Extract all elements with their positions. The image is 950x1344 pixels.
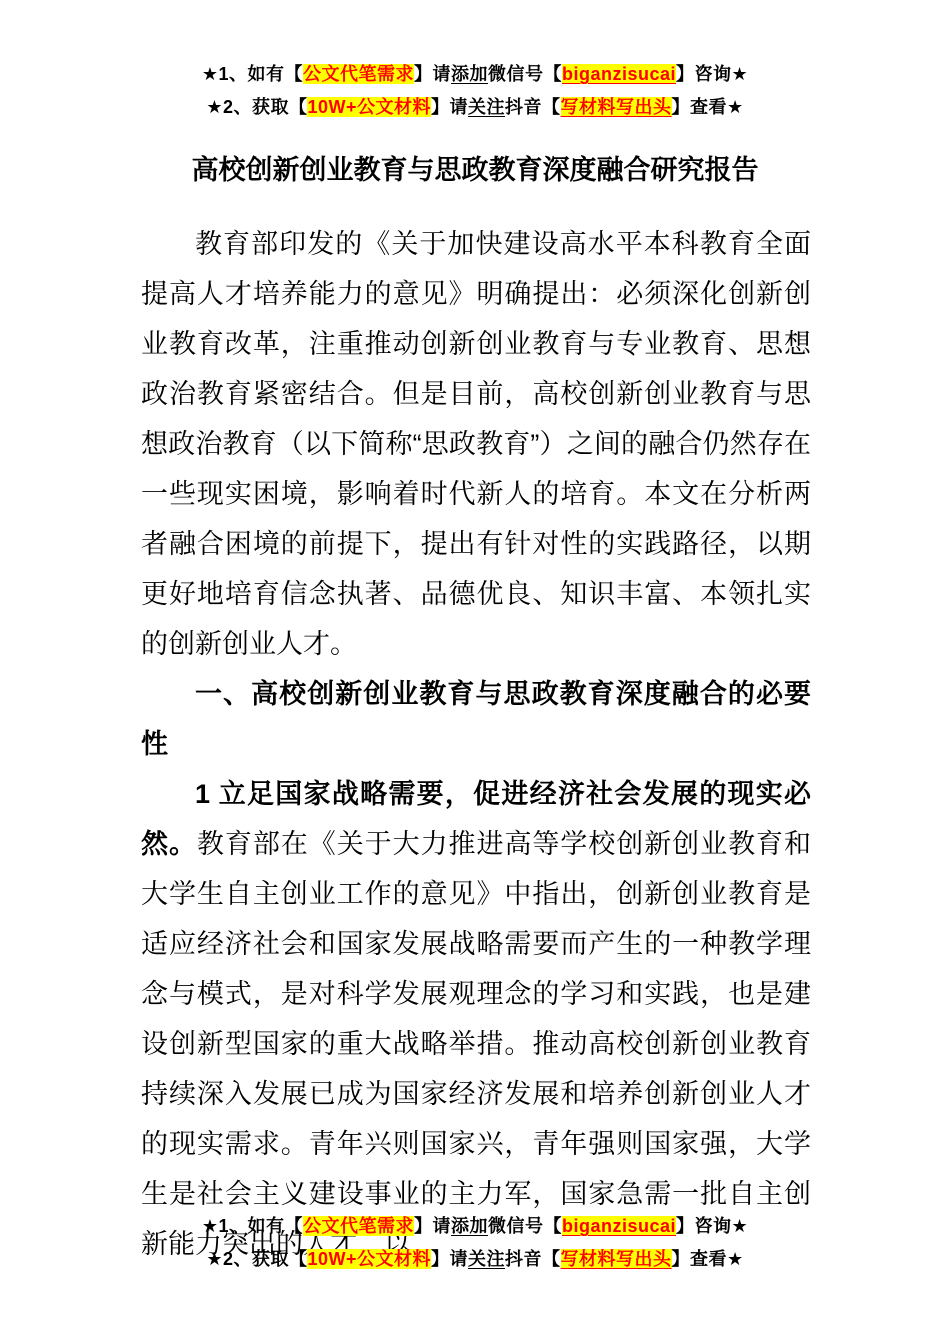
promo-header-line-2: ★2、获取【10W+公文材料】请关注抖音【写材料写出头】查看★ bbox=[0, 91, 950, 124]
promo-header-line-1: ★1、如有【公文代笔需求】请添加微信号【biganzisucai】咨询★ bbox=[0, 58, 950, 91]
douyin-account-name: 写材料写出头 bbox=[561, 97, 672, 117]
highlighted-keyword: 10W+公文材料 bbox=[307, 1249, 431, 1269]
promo-text: 】咨询★ bbox=[676, 64, 748, 84]
promo-text: 】请 bbox=[414, 1216, 451, 1236]
promo-text: 】请 bbox=[431, 97, 468, 117]
underlined-action: 关注 bbox=[468, 97, 505, 117]
section-1-body-text: 教育部在《关于大力推进高等学校创新创业教育和大学生自主创业工作的意见》中指出，创… bbox=[141, 829, 811, 1259]
promo-footer: ★1、如有【公文代笔需求】请添加微信号【biganzisucai】咨询★ ★2、… bbox=[0, 1210, 950, 1276]
section-1-paragraph: 1 立足国家战略需要，促进经济社会发展的现实必然。教育部在《关于大力推进高等学校… bbox=[141, 769, 811, 1269]
document-body: 教育部印发的《关于加快建设高水平本科教育全面提高人才培养能力的意见》明确提出：必… bbox=[141, 219, 811, 1269]
promo-text: 微信号【 bbox=[488, 64, 562, 84]
promo-text: 】请 bbox=[431, 1249, 468, 1269]
promo-header: ★1、如有【公文代笔需求】请添加微信号【biganzisucai】咨询★ ★2、… bbox=[0, 58, 950, 124]
promo-text: ★1、如有【 bbox=[202, 1216, 303, 1236]
wechat-id: biganzisucai bbox=[562, 64, 676, 84]
document-page: ★1、如有【公文代笔需求】请添加微信号【biganzisucai】咨询★ ★2、… bbox=[0, 0, 950, 1344]
wechat-id: biganzisucai bbox=[562, 1216, 676, 1236]
intro-paragraph: 教育部印发的《关于加快建设高水平本科教育全面提高人才培养能力的意见》明确提出：必… bbox=[141, 219, 811, 669]
promo-footer-line-2: ★2、获取【10W+公文材料】请关注抖音【写材料写出头】查看★ bbox=[0, 1243, 950, 1276]
douyin-account-name: 写材料写出头 bbox=[561, 1249, 672, 1269]
promo-text: 抖音【 bbox=[505, 1249, 561, 1269]
section-1-heading: 一、高校创新创业教育与思政教育深度融合的必要性 bbox=[141, 669, 811, 769]
promo-text: ★1、如有【 bbox=[202, 64, 303, 84]
highlighted-keyword: 10W+公文材料 bbox=[307, 97, 431, 117]
promo-footer-line-1: ★1、如有【公文代笔需求】请添加微信号【biganzisucai】咨询★ bbox=[0, 1210, 950, 1243]
promo-text: 抖音【 bbox=[505, 97, 561, 117]
document-title: 高校创新创业教育与思政教育深度融合研究报告 bbox=[0, 150, 950, 190]
underlined-action: 添加 bbox=[451, 64, 488, 84]
promo-text: 】咨询★ bbox=[676, 1216, 748, 1236]
promo-text: 】查看★ bbox=[672, 97, 744, 117]
promo-text: 微信号【 bbox=[488, 1216, 562, 1236]
underlined-action: 关注 bbox=[468, 1249, 505, 1269]
promo-text: ★2、获取【 bbox=[206, 97, 307, 117]
promo-text: 】查看★ bbox=[672, 1249, 744, 1269]
highlighted-keyword: 公文代笔需求 bbox=[303, 1216, 414, 1236]
highlighted-keyword: 公文代笔需求 bbox=[303, 64, 414, 84]
promo-text: 】请 bbox=[414, 64, 451, 84]
underlined-action: 添加 bbox=[451, 1216, 488, 1236]
promo-text: ★2、获取【 bbox=[206, 1249, 307, 1269]
